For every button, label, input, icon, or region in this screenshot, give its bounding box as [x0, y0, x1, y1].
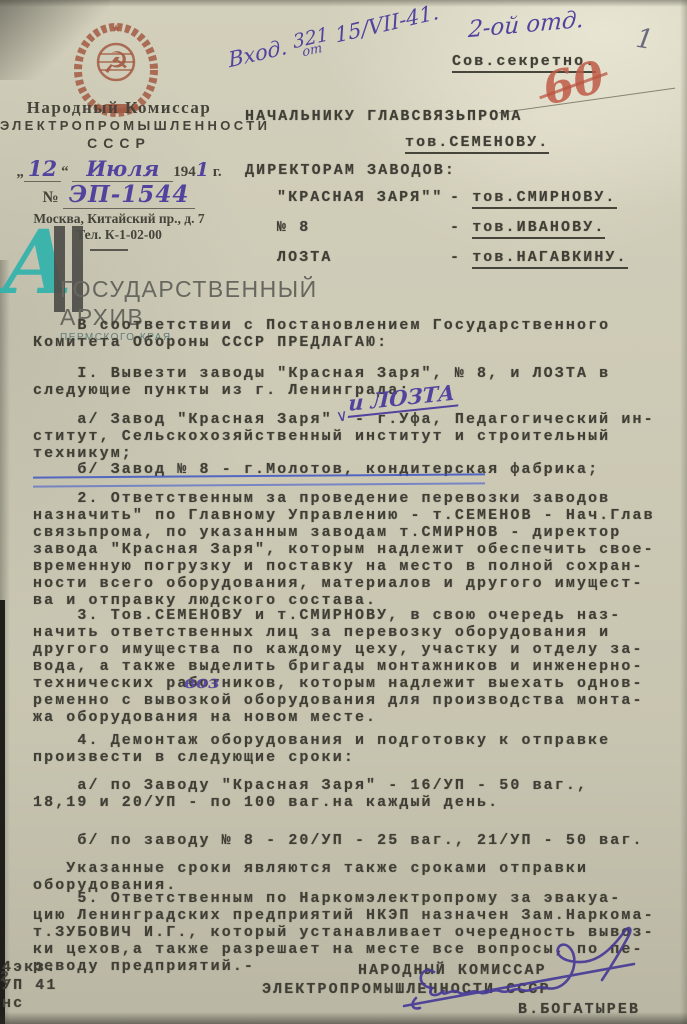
paragraph-item4: 4. Демонтаж оборудования и подготовку к …: [33, 732, 610, 766]
handwritten-year-digit: 1: [196, 159, 209, 181]
recipient-ivanov: - тов.ИВАНОВУ.: [450, 219, 605, 236]
page-number: 1: [634, 23, 656, 56]
paragraph-item2: 2. Ответственным за проведение перевозки…: [33, 490, 655, 609]
text-line: Комитета Обороны СССР ПРЕДЛАГАЮ:: [33, 334, 610, 351]
text-line: вода, а также выделить бригады монтажник…: [33, 658, 644, 675]
paragraph-intro: В соответствии с Постановлением Государс…: [33, 317, 610, 351]
handwritten-document-number: ЭП-1544: [63, 181, 196, 209]
paragraph-deadlines: Указанные сроки являются также сроками о…: [33, 860, 588, 894]
recipients-directors-header: ДИРЕКТОРАМ ЗАВОДОВ:: [245, 162, 456, 179]
incoming-date: 15/VII-41.: [334, 0, 440, 48]
paragraph-item4b: б/ по заводу № 8 - 20/УП - 25 ваг., 21/У…: [33, 832, 644, 849]
printed-year: 194: [173, 164, 196, 180]
incoming-word: Вход.: [227, 35, 288, 72]
text-line: произвести в следующие сроки:: [33, 749, 610, 766]
handwritten-ink-correction: воз: [184, 672, 219, 693]
date-close-quote: “: [61, 164, 69, 180]
text-line: связьпрома, по указанным заводам т.СМИРН…: [33, 524, 655, 541]
recipient-smirnov-name: тов.СМИРНОВУ.: [472, 189, 616, 209]
text-line: 18,19 и 20/УП - по 100 ваг.на каждый ден…: [33, 794, 588, 811]
handwritten-month: Июля: [72, 156, 173, 182]
recipient-ivanov-name: тов.ИВАНОВУ.: [472, 219, 605, 239]
letterhead-number-line: № ЭП-1544: [0, 181, 238, 208]
factory-label-krasnaya-zarya: "КРАСНАЯ ЗАРЯ"": [277, 189, 444, 206]
paragraph-item3: 3. Тов.СЕМЕНОВУ и т.СМИРНОВУ, в свою оче…: [33, 607, 644, 726]
dash: -: [450, 189, 472, 206]
recipient-nagavkin-name: тов.НАГАВКИНУ.: [472, 249, 627, 269]
text-line: временную погрузку и поставку на место в…: [33, 558, 655, 575]
svg-text:☭: ☭: [103, 46, 130, 81]
text-line: ности всего оборудования, материалов и д…: [33, 575, 655, 592]
factory-label-no8: № 8: [277, 219, 310, 236]
archive-name-line1: ГОСУДАРСТВЕННЫЙ: [60, 276, 318, 303]
text-line: ститут, Сельскохозяйственный институт и …: [33, 428, 655, 445]
text-line: технических работников, которым надлежит…: [33, 675, 644, 692]
handwritten-incoming-stamp: Вход. 321 от 15/VII-41.: [227, 0, 440, 76]
text-line: 2. Ответственным за проведение перевозки…: [33, 490, 655, 507]
recipient-smirnov: - тов.СМИРНОВУ.: [450, 189, 617, 206]
svg-text:★: ★: [111, 22, 121, 35]
text-line: начить ответственных лиц за перевозку об…: [33, 624, 644, 641]
date-open-quote: „: [16, 164, 24, 180]
number-label: №: [43, 189, 59, 206]
text-line: б/ по заводу № 8 - 20/УП - 25 ваг., 21/У…: [33, 832, 644, 849]
letterhead-org-line1: Народный Комиссар: [0, 98, 238, 118]
letterhead-date-line: „12“ Июля1941 г.: [0, 156, 238, 181]
date-suffix: г.: [209, 164, 222, 180]
dash: -: [450, 219, 472, 236]
text-line: техникум;: [33, 445, 655, 462]
text-line: ременно с вывозкой оборудования для прои…: [33, 692, 644, 709]
scan-edge-right: [680, 0, 687, 1024]
handwritten-department-note: 2-ой отд.: [468, 7, 585, 43]
letterhead-org-line3: СССР: [0, 135, 238, 151]
text-line: другого имущества по каждому цеху, участ…: [33, 641, 644, 658]
recipient-semyonov-name: тов.СЕМЕНОВУ.: [405, 134, 549, 154]
text-line: 5. Ответственным по Наркомэлектропрому з…: [33, 890, 655, 907]
text-line: жа оборудования на новом месте.: [33, 709, 644, 726]
text-line: 3. Тов.СЕМЕНОВУ и т.СМИРНОВУ, в свою оче…: [33, 607, 644, 624]
recipient-nagavkin: - тов.НАГАВКИНУ.: [450, 249, 628, 266]
text-line: назначить" по Главному Управлению - т.СЕ…: [33, 507, 655, 524]
recipient-semyonov: тов.СЕМЕНОВУ.: [405, 134, 549, 151]
handwritten-day: 12: [24, 156, 61, 182]
factory-label-lozta: ЛОЗТА: [277, 249, 333, 266]
paragraph-item1: I. Вывезти заводы "Красная Заря", № 8, и…: [33, 365, 610, 399]
insert-caret-mark: ∨: [335, 405, 349, 425]
text-line: завода "Красная Заря", которым надлежит …: [33, 541, 655, 558]
month-mark: УП 41: [2, 977, 58, 994]
paragraph-item4a: а/ по Заводу "Красная Заря" - 16/УП - 50…: [33, 777, 588, 811]
text-line: следующие пункты из г. Ленинграда:: [33, 382, 610, 399]
scanned-document-page: ☭ ★ Народный Комиссар ЭЛЕКТРОПРОМЫШЛЕННО…: [0, 0, 687, 1024]
text-line: 4. Демонтаж оборудования и подготовку к …: [33, 732, 610, 749]
text-line: Указанные сроки являются также сроками о…: [33, 860, 588, 877]
text-line: В соответствии с Постановлением Государс…: [33, 317, 610, 334]
letterhead-org-line2: ЭЛЕКТРОПРОМЫШЛЕННОСТИ: [0, 118, 238, 133]
incoming-number-over-from: 321 от: [292, 27, 330, 61]
text-line: I. Вывезти заводы "Красная Заря", № 8, и…: [33, 365, 610, 382]
recipient-header: НАЧАЛЬНИКУ ГЛАВСВЯЗЬПРОМА: [245, 108, 523, 125]
text-line: а/ по Заводу "Красная Заря" - 16/УП - 50…: [33, 777, 588, 794]
typist-initials: нс: [2, 995, 24, 1012]
handwritten-signature: [396, 920, 664, 1021]
dash: -: [450, 249, 472, 266]
